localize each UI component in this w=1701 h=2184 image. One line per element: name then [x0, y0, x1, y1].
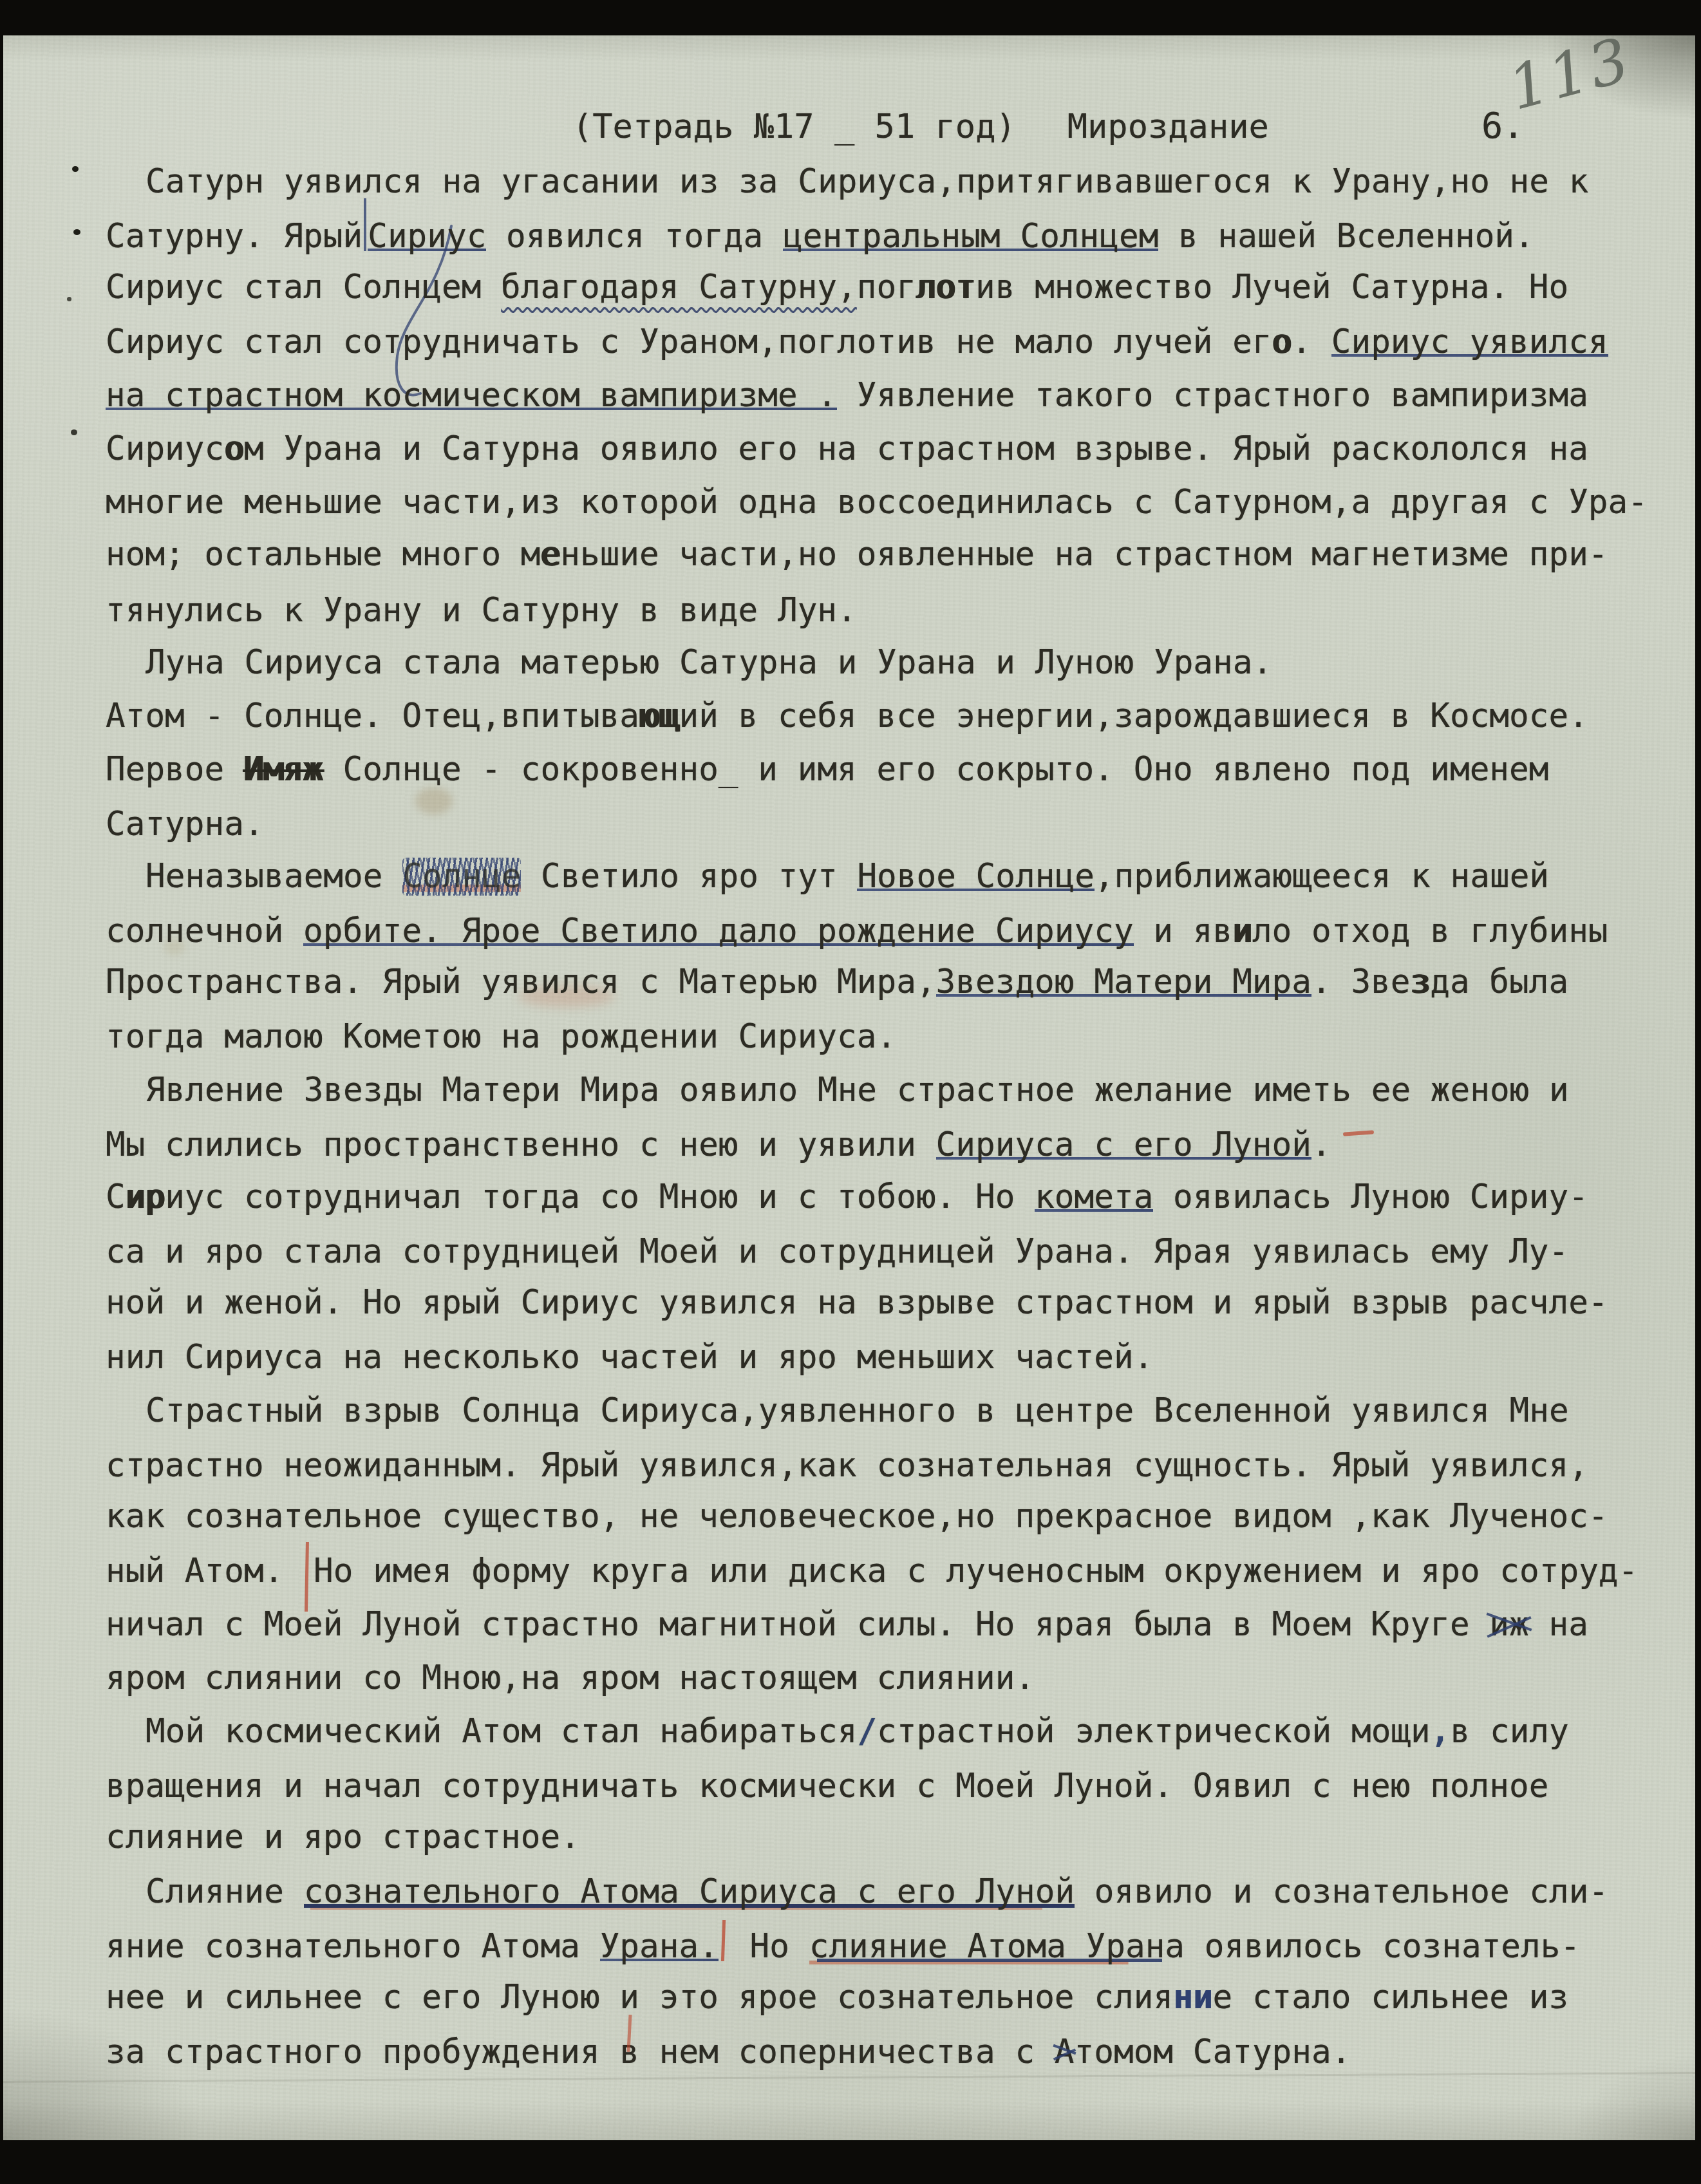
ink-underlined-text: слияние Атома Урана	[809, 1928, 1185, 1966]
typescript-line: яние сознательного Атома Урана. Но слиян…	[106, 1920, 1676, 1973]
ink-dot	[72, 166, 79, 172]
typed-text: яние сознательного Атома	[106, 1928, 600, 1966]
paper-sheet: (Тетрадь №17 _ 51 год) Мироздание 6. 113…	[3, 35, 1695, 2140]
typescript-line: многие меньшие части,из которой одна вос…	[106, 476, 1676, 529]
overtyped-text: ющ	[639, 697, 679, 735]
typescript-line: тянулись к Урану и Сатурну в виде Лун.	[106, 584, 1676, 637]
typed-text: страстной электрической мощи	[877, 1713, 1431, 1751]
typescript-line: Первое Имяж Солнце - сокровенно_ и имя е…	[106, 743, 1676, 796]
typescript-line: нил Сириуса на несколько частей и яро ме…	[106, 1331, 1676, 1384]
typed-text: Но	[730, 1928, 809, 1966]
ink-crossed-text: иж	[1489, 1598, 1528, 1652]
paragraph: Сатурн уявился на угасании из за Сириуса…	[106, 155, 1676, 636]
ink-underlined-text: благодаря Сатурну,	[501, 268, 857, 306]
typed-text: ив множество Лучей Сатурна. Но	[975, 268, 1568, 306]
typed-text: .	[1311, 1126, 1331, 1164]
typed-text: это ярое сознательное слия	[639, 1979, 1173, 2017]
typewritten-text: Сатурн уявился на угасании из за Сириуса…	[106, 155, 1676, 2079]
typescript-line: Сириус стал Солнцем благодаря Сатурну,по…	[106, 261, 1676, 314]
typescript-line: Пространства. Ярый уявился с Матерью Мир…	[106, 955, 1676, 1009]
typed-text: ном; остальные много м	[106, 536, 541, 574]
typed-text: Явление Звезды Матери Мира оявило Мне ст…	[146, 1071, 1569, 1109]
typed-text: Слияние	[146, 1873, 304, 1911]
typed-text: ло отход в глубины	[1252, 912, 1608, 950]
typed-text: .	[1292, 323, 1331, 361]
typed-text: Неназываемое	[146, 858, 402, 896]
typescript-line: как сознательное существо, не человеческ…	[106, 1490, 1676, 1543]
typed-text: Первое	[106, 751, 244, 789]
overtyped-text: о	[1272, 323, 1292, 361]
ink-mark: ,	[1431, 1713, 1451, 1751]
typescript-line: вращения и начал сотрудничать космически…	[106, 1760, 1676, 1813]
typed-text: Страстный взрыв Солнца Сириуса,уявленног…	[146, 1392, 1569, 1430]
typescript-line: ничал с Моей Луной страстно магнитной си…	[106, 1598, 1676, 1652]
typed-text: тогда малою Кометою на рождении Сириуса.	[106, 1018, 896, 1056]
red-pencil-bar	[303, 1576, 314, 1582]
typescript-line: Луна Сириуса стала матерью Сатурна и Ура…	[106, 636, 1676, 690]
ink-underlined-text: Сириуса с его Луной	[936, 1126, 1311, 1164]
typescript-line: Мой космический Атом стал набираться/стр…	[106, 1705, 1676, 1758]
overtyped-text: ир	[126, 1178, 165, 1216]
typed-text: да была	[1430, 963, 1568, 1001]
typescript-line: слияние и яро страстное.	[106, 1811, 1676, 1864]
ink-stroke	[362, 241, 368, 247]
typed-text: нил Сириуса на несколько частей и яро ме…	[106, 1339, 1153, 1377]
paragraph: Мой космический Атом стал набираться/стр…	[106, 1705, 1676, 1865]
page-header: (Тетрадь №17 _ 51 год) Мироздание	[572, 108, 1269, 146]
typed-text: солнечной	[106, 912, 303, 950]
typescript-line: яром слиянии со Мною,на яром настоящем с…	[106, 1652, 1676, 1705]
struck-out-text: Имяж	[244, 751, 323, 789]
paragraph: Страстный взрыв Солнца Сириуса,уявленног…	[106, 1384, 1676, 1705]
typescript-line: Сириусом Урана и Сатурна оявило его на с…	[106, 422, 1676, 476]
typed-text: оявило и сознательное сли-	[1075, 1873, 1608, 1911]
typed-text: нее и сильнее с его Луною	[106, 1979, 619, 2017]
ink-dot	[67, 297, 71, 301]
typed-text: е стало сильнее из	[1213, 1979, 1569, 2017]
typed-text: в силу	[1451, 1713, 1569, 1751]
paragraph: Неназываемое Солнце Светило яро тут Ново…	[106, 850, 1676, 1064]
typescript-line: Неназываемое Солнце Светило яро тут Ново…	[106, 850, 1676, 903]
typed-text: ный Атом.	[106, 1552, 303, 1590]
ink-corrected-text: ни	[1173, 1979, 1212, 2017]
typed-text: тянулись к Урану и Сатурну в виде Лун.	[106, 592, 857, 630]
ink-underlined-text: орбите. Ярое Светило дало рождение Сириу…	[303, 912, 1134, 950]
paragraph: Явление Звезды Матери Мира оявило Мне ст…	[106, 1064, 1676, 1171]
typed-text: Сириус стал Солнцем	[106, 268, 501, 306]
typed-text: яром слиянии со Мною,на яром настоящем с…	[106, 1659, 1035, 1697]
ink-underlined-text: Урана.	[600, 1928, 719, 1966]
typed-text: Мы слились пространственно с нею и уявил…	[106, 1126, 936, 1164]
page-subject: Мироздание	[1067, 108, 1269, 146]
typescript-line: Страстный взрыв Солнца Сириуса,уявленног…	[106, 1384, 1676, 1438]
scribbled-out-text: Солнце	[402, 858, 521, 896]
typed-text: м Урана и Сатурна оявило его на страстно…	[244, 430, 1588, 468]
typescript-line: Сатурну. ЯрыйСириус оявился тогда центра…	[106, 210, 1676, 263]
paragraph: Луна Сириуса стала матерью Сатурна и Ура…	[106, 636, 1676, 690]
typescript-line: Сатурн уявился на угасании из за Сириуса…	[106, 155, 1676, 209]
typed-text: оявился тогда	[486, 218, 783, 256]
ink-mark: /	[857, 1713, 877, 1751]
typescript-line: Сатурна.	[106, 798, 1676, 851]
typescript-line: тогда малою Кометою на рождении Сириуса.	[106, 1010, 1676, 1064]
typescript-line: ной и женой. Но ярый Сириус уявился на в…	[106, 1276, 1676, 1330]
typescript-line: Сириус сотрудничал тогда со Мною и с тоб…	[106, 1171, 1676, 1224]
ink-underlined-text: сознательного Атома Сириуса с его Луной	[304, 1873, 1075, 1911]
typed-text: са и яро стала сотрудницей Моей и сотруд…	[106, 1233, 1568, 1271]
typed-text: оявилась Луною Сириу-	[1153, 1178, 1588, 1216]
typed-text: Но имея форму круга или диска с лученосн…	[314, 1552, 1638, 1590]
typed-text: в нашей Вселенной.	[1158, 218, 1534, 256]
typescript-line: ный Атом. Но имея форму круга или диска …	[106, 1545, 1676, 1598]
notebook-title: (Тетрадь №17 _ 51 год)	[572, 108, 1016, 146]
typed-text: Светило яро тут	[521, 858, 857, 896]
ink-underlined-text: центральным Солнцем	[783, 218, 1158, 256]
typescript-line: Мы слились пространственно с нею и уявил…	[106, 1118, 1676, 1172]
typed-text: как сознательное существо, не человеческ…	[106, 1498, 1608, 1536]
typescript-line: ном; остальные много меньшие части,но оя…	[106, 528, 1676, 581]
paragraph: Атом - Солнце. Отец,впитывающий в себя в…	[106, 690, 1676, 743]
paragraph: Первое Имяж Солнце - сокровенно_ и имя е…	[106, 743, 1676, 850]
ink-underlined-text: Сириус	[368, 218, 486, 256]
ink-dot	[71, 429, 77, 435]
paragraph: Слияние сознательного Атома Сириуса с ег…	[106, 1865, 1676, 2079]
typed-text: Луна Сириуса стала матерью Сатурна и Ура…	[146, 644, 1272, 682]
typescript-line: Атом - Солнце. Отец,впитывающий в себя в…	[106, 690, 1676, 743]
typed-text: ной и женой. Но ярый Сириус уявился на в…	[106, 1284, 1608, 1322]
typed-text: Сириус стал сотрудничать с Ураном,поглот…	[106, 323, 1272, 361]
typed-text: Мой космический Атом стал набираться	[146, 1713, 857, 1751]
typescript-line: Явление Звезды Матери Мира оявило Мне ст…	[106, 1064, 1676, 1117]
typed-text: ий в себя все энергии,зарождавшиеся в Ко…	[679, 697, 1588, 735]
typed-text: ничал с Моей Луной страстно магнитной си…	[106, 1606, 1489, 1644]
typed-text: Атом - Солнце. Отец,впитыва	[106, 697, 639, 735]
overtyped-text: о	[224, 430, 244, 468]
paragraph: Сириус сотрудничал тогда со Мною и с тоб…	[106, 1171, 1676, 1384]
typed-text: за страстного пробуждения в нем сопернич…	[106, 2033, 1055, 2071]
typed-text: страстно неожиданным. Ярый уявился,как с…	[106, 1447, 1588, 1485]
overtyped-text: з	[1411, 963, 1431, 1001]
typed-text: на	[1529, 1606, 1588, 1644]
typescript-line: са и яро стала сотрудницей Моей и сотруд…	[106, 1225, 1676, 1279]
typed-text: оявилось сознатель-	[1185, 1928, 1580, 1966]
typed-text: пог	[857, 268, 916, 306]
ink-underlined-text: на страстном космическом вампиризме .	[106, 377, 837, 415]
ink-underlined-text: комета	[1035, 1178, 1153, 1216]
overtyped-text: и	[1232, 912, 1252, 950]
scan-background: (Тетрадь №17 _ 51 год) Мироздание 6. 113…	[0, 0, 1701, 2184]
typed-text: многие меньшие части,из которой одна вос…	[106, 484, 1648, 522]
typescript-line: на страстном космическом вампиризме . Уя…	[106, 369, 1676, 422]
typed-text-red-marked: и	[619, 1971, 639, 2024]
overtyped-text: лот	[916, 268, 975, 306]
ink-underlined-text: Звездою Матери Мира	[936, 963, 1311, 1001]
typed-text: С	[106, 1178, 126, 1216]
overtyped-text: е	[541, 536, 561, 574]
typed-text: слияние и яро страстное.	[106, 1818, 580, 1856]
typed-text: Сатурну. Ярый	[106, 218, 362, 256]
typescript-line: за страстного пробуждения в нем сопернич…	[106, 2026, 1676, 2079]
typed-text: ,приближающееся к нашей	[1095, 858, 1549, 896]
scanned-typescript-page: { "document": { "header": { "notebook_ti…	[0, 0, 1701, 2184]
typed-text: вращения и начал сотрудничать космически…	[106, 1767, 1548, 1805]
ink-crossed-text: А	[1055, 2026, 1075, 2079]
ink-dot	[73, 229, 80, 235]
red-pencil-bar	[719, 1951, 730, 1957]
typed-text: Сатурна.	[106, 805, 264, 843]
ink-underlined-text: Сириус уявился	[1331, 323, 1608, 361]
typescript-line: Сириус стал сотрудничать с Ураном,поглот…	[106, 315, 1676, 369]
typed-text: ньшие части,но оявленные на страстном ма…	[560, 536, 1608, 574]
typescript-line: Слияние сознательного Атома Сириуса с ег…	[106, 1865, 1676, 1919]
typed-text: томом Сатурна.	[1075, 2033, 1351, 2071]
typed-text: Сириус	[106, 430, 224, 468]
typed-text: и яв	[1134, 912, 1233, 950]
typescript-line: страстно неожиданным. Ярый уявился,как с…	[106, 1439, 1676, 1492]
typed-text: иус сотрудничал тогда со Мною и с тобою.…	[165, 1178, 1035, 1216]
typed-text: Пространства. Ярый уявился с Матерью Мир…	[106, 963, 936, 1001]
typed-text: Уявление такого страстного вампиризма	[837, 377, 1588, 415]
typescript-line: нее и сильнее с его Луною и это ярое соз…	[106, 1971, 1676, 2024]
typed-text: Сатурн уявился на угасании из за Сириуса…	[146, 163, 1588, 201]
ink-underlined-text: Новое Солнце	[857, 858, 1094, 896]
red-pencil-dash	[1331, 1149, 1377, 1156]
typed-text: . Зве	[1311, 963, 1411, 1001]
handwritten-page-number: 113	[1501, 24, 1639, 124]
typescript-line: солнечной орбите. Ярое Светило дало рожд…	[106, 905, 1676, 958]
typed-text: Солнце - сокровенно_ и имя его сокрыто. …	[323, 751, 1549, 789]
